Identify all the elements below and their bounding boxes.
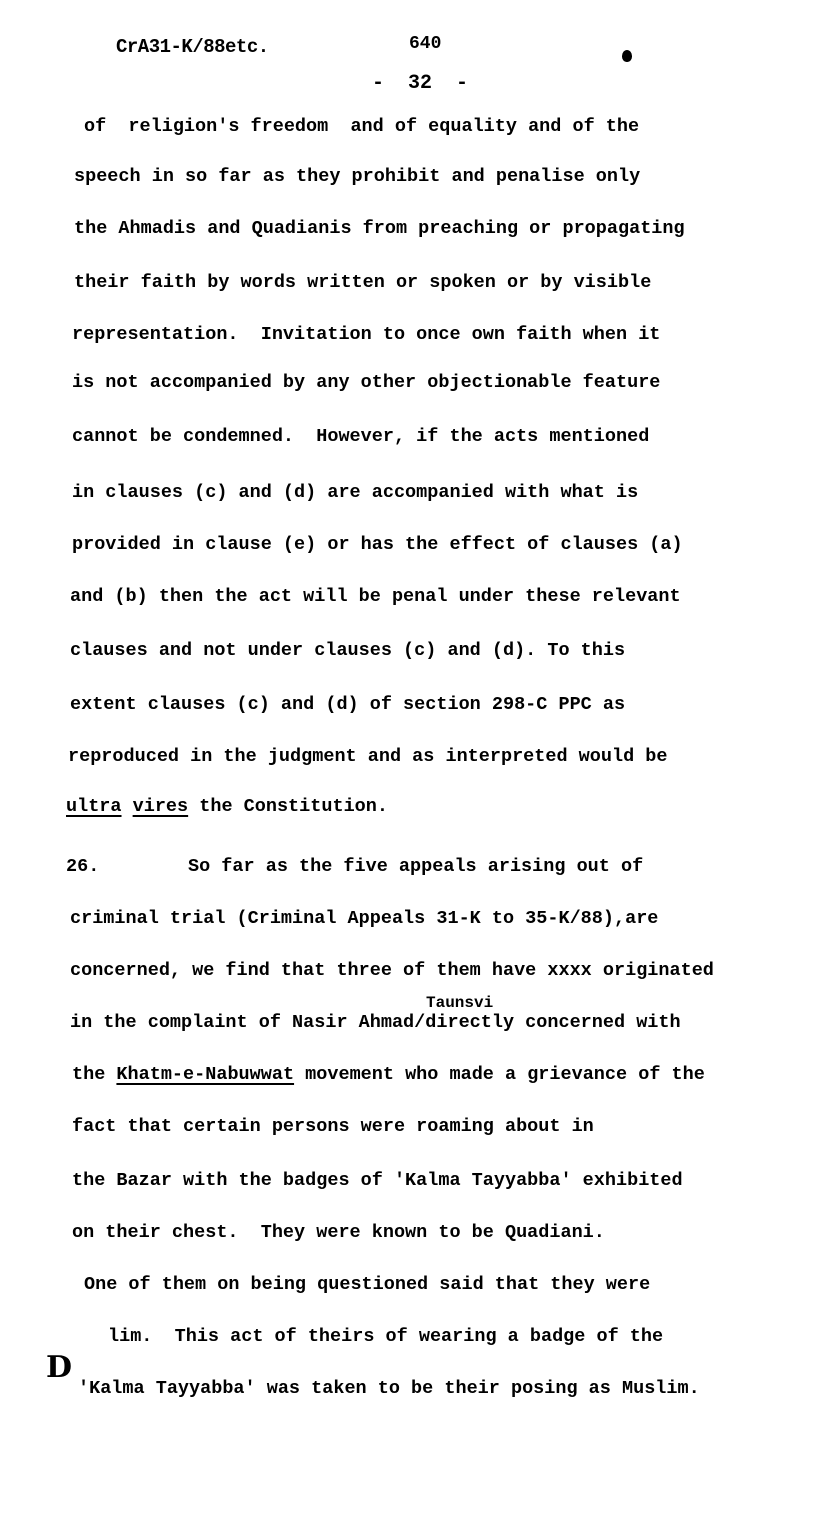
body-line: on their chest. They were known to be Qu… xyxy=(72,1222,605,1244)
page-number: - 32 - xyxy=(372,72,468,95)
body-line: in the complaint of Nasir Ahmad/directly… xyxy=(70,1012,681,1034)
stamp-number: 640 xyxy=(409,34,441,54)
body-line: provided in clause (e) or has the effect… xyxy=(72,534,683,556)
body-line: in clauses (c) and (d) are accompanied w… xyxy=(72,482,638,504)
body-line-ultra-vires: ultra vires the Constitution. xyxy=(66,796,388,818)
body-line: reproduced in the judgment and as interp… xyxy=(68,746,668,768)
body-line: fact that certain persons were roaming a… xyxy=(72,1116,594,1138)
body-line: So far as the five appeals arising out o… xyxy=(188,856,643,878)
body-line: cannot be condemned. However, if the act… xyxy=(72,426,649,448)
underlined-term: Khatm-e-Nabuwwat xyxy=(116,1064,294,1085)
body-line: One of them on being questioned said tha… xyxy=(84,1274,650,1296)
body-line: and (b) then the act will be penal under… xyxy=(70,586,681,608)
paragraph-number: 26. xyxy=(66,856,99,878)
body-line: extent clauses (c) and (d) of section 29… xyxy=(70,694,625,716)
body-line: criminal trial (Criminal Appeals 31-K to… xyxy=(70,908,658,930)
body-line: of religion's freedom and of equality an… xyxy=(84,116,639,138)
line-rest: movement who made a grievance of the xyxy=(294,1064,705,1085)
case-reference: CrA31-K/88etc. xyxy=(116,36,269,58)
interlinear-insertion: Taunsvi xyxy=(426,994,493,1012)
body-line: clauses and not under clauses (c) and (d… xyxy=(70,640,625,662)
ink-dot-mark xyxy=(622,50,632,62)
line-rest: the Constitution. xyxy=(188,796,388,817)
body-line: their faith by words written or spoken o… xyxy=(74,272,651,294)
body-line: the Bazar with the badges of 'Kalma Tayy… xyxy=(72,1170,683,1192)
body-line: the Ahmadis and Quadianis from preaching… xyxy=(74,218,685,240)
body-line: 'Kalma Tayyabba' was taken to be their p… xyxy=(78,1378,700,1400)
line-prefix: the xyxy=(72,1064,116,1085)
body-line: concerned, we find that three of them ha… xyxy=(70,960,714,982)
body-line: representation. Invitation to once own f… xyxy=(72,324,660,346)
body-line: speech in so far as they prohibit and pe… xyxy=(74,166,640,188)
body-line: is not accompanied by any other objectio… xyxy=(72,372,660,394)
body-line: lim. This act of theirs of wearing a bad… xyxy=(108,1326,663,1348)
underlined-term: ultra xyxy=(66,796,122,817)
body-line-khatm: the Khatm-e-Nabuwwat movement who made a… xyxy=(72,1064,705,1086)
underlined-term: vires xyxy=(133,796,189,817)
margin-letter-mark: D xyxy=(46,1350,72,1385)
